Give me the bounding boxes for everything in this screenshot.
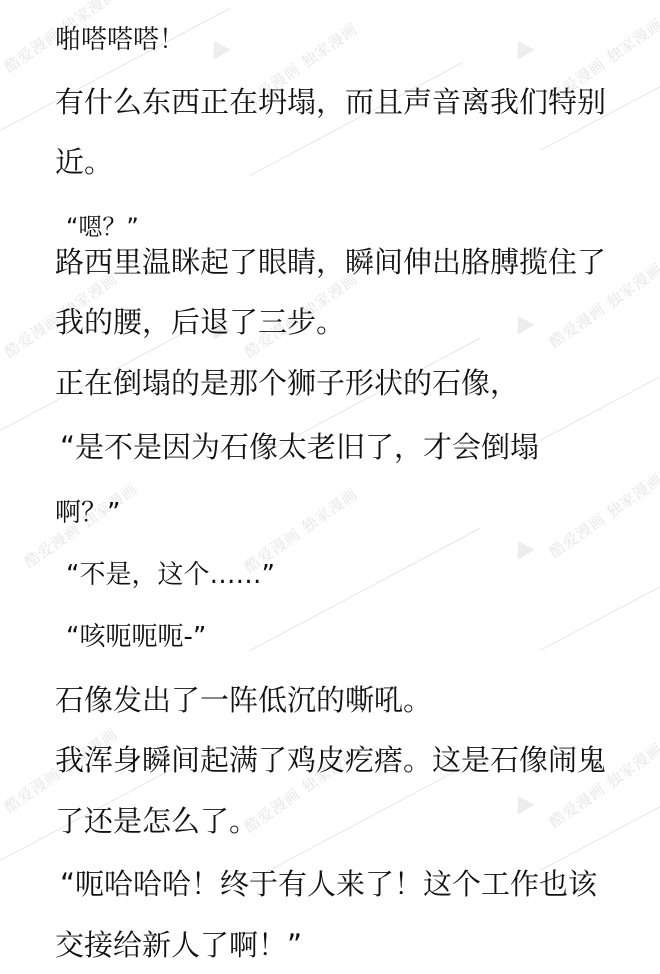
dialogue-line: “是不是因为石像太老旧了，才会倒塌 (60, 433, 539, 462)
watermark-line (250, 62, 462, 176)
text-line: 啪嗒嗒嗒！ (55, 27, 185, 53)
watermark-logo-icon (509, 311, 534, 335)
text-line: 正在倒塌的是那个狮子形状的石像， (55, 369, 519, 398)
dialogue-line: “呃哈哈哈！终于有人来了！这个工作也该 (60, 870, 597, 899)
text-line: 近。 (55, 148, 113, 177)
watermark-line (250, 528, 480, 651)
watermark-line (540, 575, 660, 651)
dialogue-line: “嗯？” (66, 215, 139, 239)
watermark-line (540, 795, 660, 871)
dialogue-line: “咳呃呃呃-” (66, 624, 206, 650)
dialogue-line: “不是，这个……” (66, 562, 275, 588)
text-line: 石像发出了一阵低沉的嘶吼。 (55, 686, 432, 715)
watermark-logo-icon (205, 36, 230, 60)
watermark-logo-icon (509, 536, 534, 560)
watermark-text: 酷爱漫画 独家漫画 (545, 468, 660, 562)
watermark-logo-icon (509, 791, 534, 815)
text-line: 了还是怎么了。 (55, 807, 258, 836)
text-line: 有什么东西正在坍塌，而且声音离我们特别 (55, 88, 606, 117)
dialogue-line: 交接给新人了啊！” (55, 931, 302, 960)
dialogue-line: 啊？” (55, 500, 120, 526)
watermark-logo-icon (509, 36, 534, 60)
text-line: 我浑身瞬间起满了鸡皮疙瘩。这是石像闹鬼 (55, 746, 606, 775)
watermark-line (540, 365, 660, 441)
text-line: 我的腰，后退了三步。 (55, 308, 345, 337)
text-line: 路西里温眯起了眼睛，瞬间伸出胳膊揽住了 (55, 248, 606, 277)
